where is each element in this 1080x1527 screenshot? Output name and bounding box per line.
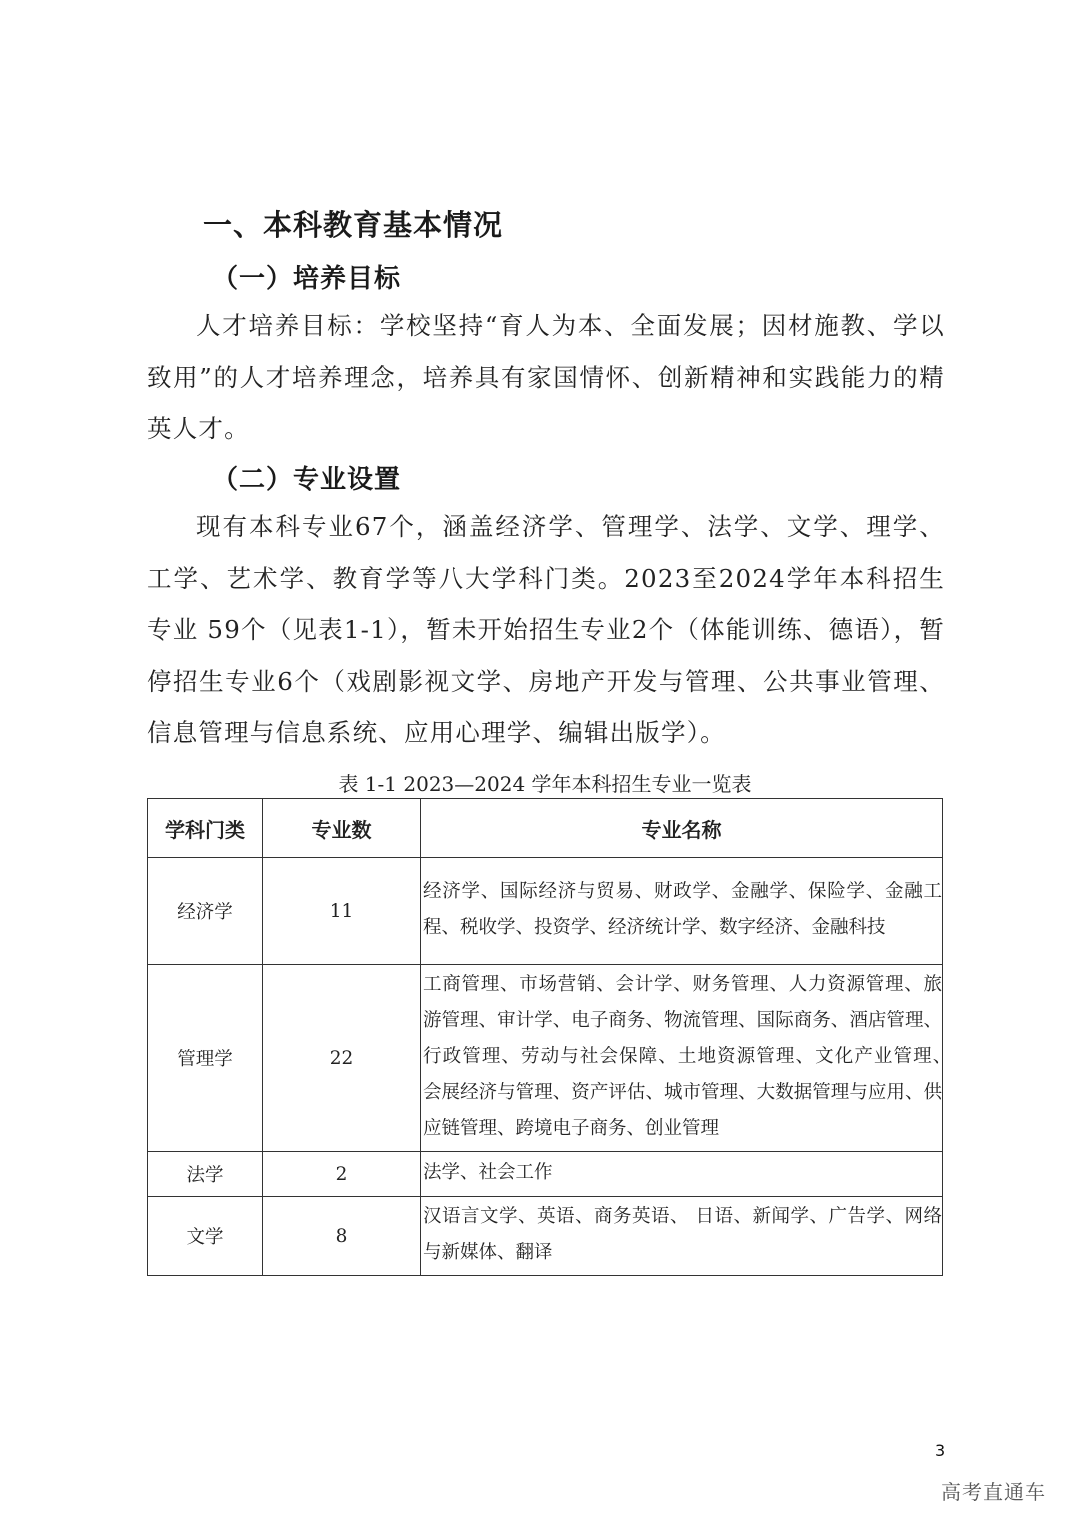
category-cell: 文学 — [148, 1197, 263, 1276]
table-row: 文学 8 汉语言文学、英语、商务英语、 日语、新闻学、广告学、网络与新媒体、翻译 — [148, 1197, 943, 1276]
table-row: 经济学 11 经济学、国际经济与贸易、财政学、金融学、保险学、金融工程、税收学、… — [148, 858, 943, 965]
watermark: 高考直通车 — [941, 1476, 1046, 1505]
majors-table: 学科门类 专业数 专业名称 经济学 11 经济学、国际经济与贸易、财政学、金融学… — [147, 798, 943, 1276]
category-cell: 管理学 — [148, 965, 263, 1152]
header-majors: 专业名称 — [421, 799, 943, 858]
category-cell: 经济学 — [148, 858, 263, 965]
majors-cell: 法学、社会工作 — [421, 1152, 943, 1197]
subsection-heading-majors: （二）专业设置 — [212, 459, 401, 496]
count-cell: 11 — [263, 858, 421, 965]
count-cell: 8 — [263, 1197, 421, 1276]
subsection-heading-training-goals: （一）培养目标 — [212, 258, 401, 295]
section-heading: 一、本科教育基本情况 — [203, 203, 503, 244]
count-cell: 2 — [263, 1152, 421, 1197]
majors-paragraph: 现有本科专业67个，涵盖经济学、管理学、法学、文学、理学、工学、艺术学、教育学等… — [147, 501, 945, 759]
table-header-row: 学科门类 专业数 专业名称 — [148, 799, 943, 858]
table-row: 法学 2 法学、社会工作 — [148, 1152, 943, 1197]
page-number: 3 — [935, 1441, 945, 1460]
training-goals-paragraph: 人才培养目标：学校坚持“育人为本、全面发展；因材施教、学以致用”的人才培养理念，… — [147, 300, 945, 455]
table-row: 管理学 22 工商管理、市场营销、会计学、财务管理、人力资源管理、旅 游管理、审… — [148, 965, 943, 1152]
table-caption: 表 1-1 2023—2024 学年本科招生专业一览表 — [147, 768, 943, 797]
header-category: 学科门类 — [148, 799, 263, 858]
majors-cell: 工商管理、市场营销、会计学、财务管理、人力资源管理、旅 游管理、审计学、电子商务… — [421, 965, 943, 1152]
majors-cell: 经济学、国际经济与贸易、财政学、金融学、保险学、金融工程、税收学、投资学、经济统… — [421, 858, 943, 965]
category-cell: 法学 — [148, 1152, 263, 1197]
header-count: 专业数 — [263, 799, 421, 858]
count-cell: 22 — [263, 965, 421, 1152]
majors-cell: 汉语言文学、英语、商务英语、 日语、新闻学、广告学、网络与新媒体、翻译 — [421, 1197, 943, 1276]
